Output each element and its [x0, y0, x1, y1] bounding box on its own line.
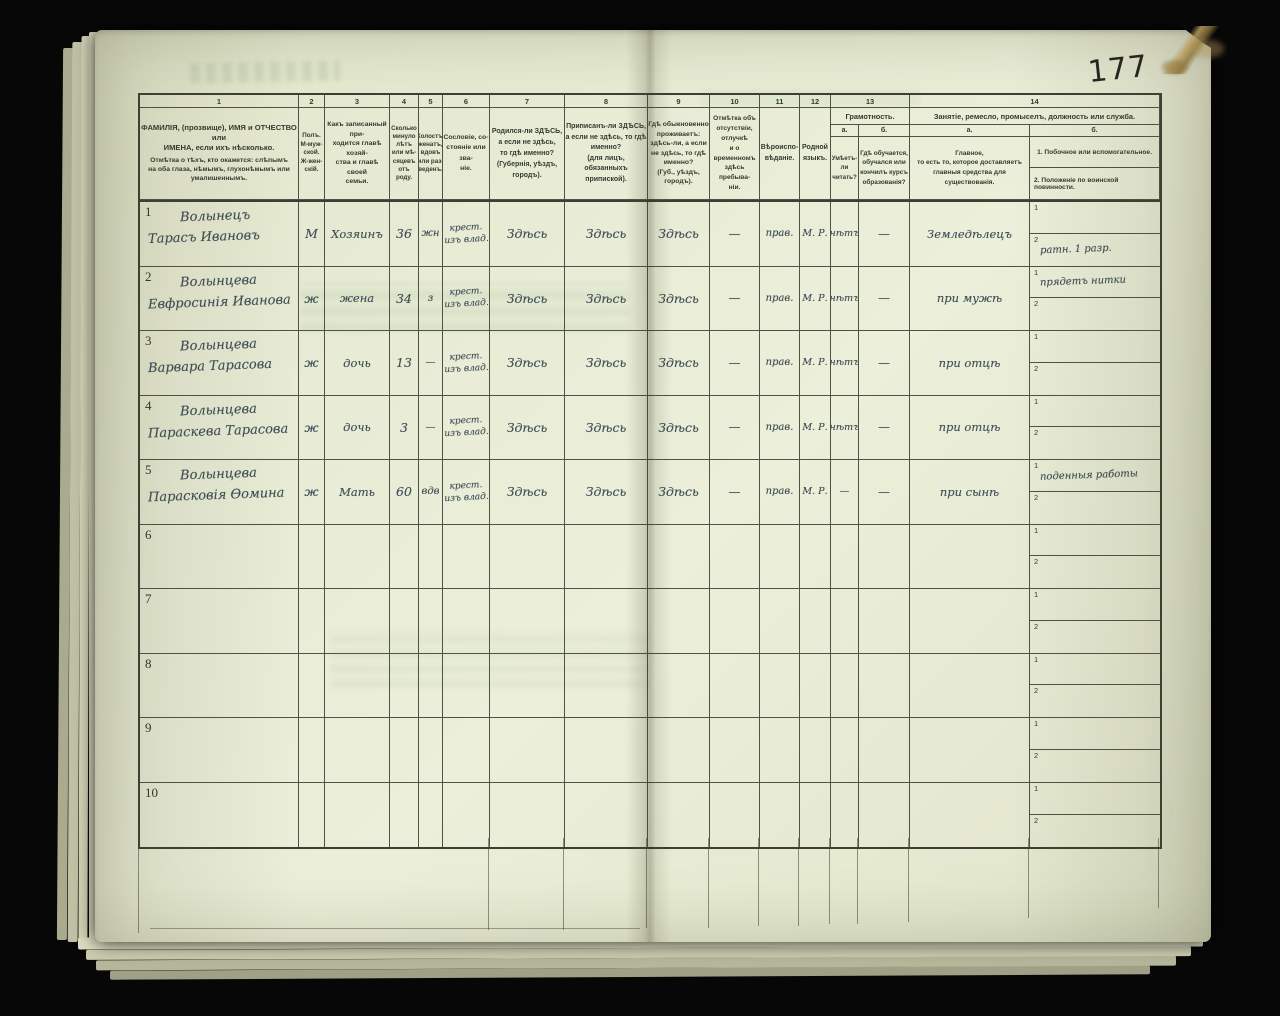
cell-born-here: [490, 525, 565, 590]
cell-religion: [760, 654, 800, 719]
cell-estate: [443, 589, 490, 654]
cell-absence-note: —: [710, 331, 760, 396]
cell-sex: [299, 718, 325, 783]
row-number: 9: [145, 720, 152, 736]
cell-relation: жена: [325, 267, 390, 332]
row-number: 1: [145, 204, 152, 220]
cell-side-occupation: 1 2: [1030, 783, 1160, 848]
hw-born-here: Здѣсь: [507, 226, 548, 241]
table-row: 9 1 2: [140, 718, 1160, 783]
cell-absence-note: —: [710, 267, 760, 332]
cell-main-occupation: [910, 525, 1030, 590]
side-occupation-sub1: 1: [1030, 202, 1160, 234]
grid-line-extension: [708, 838, 709, 928]
header-col-number: 5: [419, 95, 443, 108]
side-occupation-sub1: 1: [1030, 331, 1160, 363]
side-sub1-label: 1: [1034, 332, 1038, 341]
cell-main-occupation: при отцѣ: [910, 396, 1030, 461]
header-cell-age: Сколько минуло лѣтъ или мѣ- сяцевъ отъ р…: [390, 108, 419, 200]
hw-education: —: [878, 227, 890, 241]
header-cell-education: Гдѣ обучается, обучался или кончилъ курс…: [859, 137, 910, 200]
cell-education: [859, 525, 910, 590]
side-occupation-sub1: 1: [1030, 525, 1160, 557]
header-col-number: 2: [299, 95, 325, 108]
hw-marital: вдв: [422, 486, 440, 497]
cell-sex: ж: [299, 396, 325, 461]
hw-religion: прав.: [766, 293, 794, 304]
hw-registered-here: Здѣсь: [586, 291, 627, 306]
cell-reads: [831, 783, 859, 848]
cell-residence: [648, 525, 710, 590]
hw-absence-note: —: [729, 291, 741, 305]
side-occupation-sub1: 1: [1030, 589, 1160, 621]
cell-education: —: [859, 331, 910, 396]
side-occupation-sub2: 2: [1030, 750, 1160, 782]
hw-main-occupation: при мужѣ: [937, 291, 1002, 305]
cell-side-occupation: 1 прядетъ нитки 2: [1030, 267, 1160, 332]
hw-residence: Здѣсь: [658, 226, 699, 241]
side-sub2-label: 2: [1034, 364, 1038, 373]
cell-registered-here: [565, 783, 648, 848]
hw-surname: Волынецъ: [180, 208, 251, 225]
hw-age: 34: [396, 291, 412, 306]
hw-language: М. Р.: [802, 486, 827, 497]
hw-given-name: Тарасъ Ивановъ: [148, 228, 260, 247]
side-sub2-label: 2: [1034, 299, 1038, 308]
cell-main-occupation: Земледѣлецъ: [910, 202, 1030, 267]
hw-education: —: [878, 291, 890, 305]
hw-absence-note: —: [729, 356, 741, 370]
header-col-number: 9: [648, 95, 710, 108]
cell-education: [859, 783, 910, 848]
hw-education: —: [878, 356, 890, 370]
hw-estate: крест. изъ влад.: [443, 478, 489, 505]
side-occupation-sub1: 1: [1030, 718, 1160, 750]
table-row: 8 1 2: [140, 654, 1160, 719]
cell-absence-note: —: [710, 202, 760, 267]
folio-number: 177: [1086, 49, 1150, 90]
row-number: 2: [145, 269, 152, 285]
cell-education: —: [859, 396, 910, 461]
hw-born-here: Здѣсь: [507, 484, 548, 499]
cell-main-occupation: [910, 654, 1030, 719]
hw-religion: прав.: [766, 357, 794, 368]
cell-estate: крест. изъ влад.: [443, 460, 490, 525]
table-row: 2 Волынцева Евфросинія Иванова ж жена 34…: [140, 267, 1160, 332]
hw-residence: Здѣсь: [658, 420, 699, 435]
cell-religion: [760, 783, 800, 848]
side-occupation-sub2: 2 ратн. 1 разр.: [1030, 234, 1160, 266]
cell-born-here: Здѣсь: [490, 267, 565, 332]
hw-sex: ж: [304, 355, 318, 370]
hw-surname: Волынцева: [180, 466, 257, 484]
header-col-number: 6: [443, 95, 490, 108]
cell-relation: Хозяинъ: [325, 202, 390, 267]
cell-absence-note: [710, 589, 760, 654]
cell-registered-here: Здѣсь: [565, 267, 648, 332]
side-sub1-label: 1: [1034, 397, 1038, 406]
hw-surname: Волынцева: [180, 272, 257, 290]
side-sub1-label: 1: [1034, 203, 1038, 212]
hw-age: 36: [396, 226, 412, 241]
hw-language: М. Р.: [802, 228, 827, 239]
cell-reads: нѣтъ: [831, 396, 859, 461]
cell-estate: крест. изъ влад.: [443, 202, 490, 267]
cell-side-occupation: 1 2 ратн. 1 разр.: [1030, 202, 1160, 267]
cell-marital: [419, 589, 443, 654]
cell-relation: [325, 525, 390, 590]
hw-estate: крест. изъ влад.: [443, 414, 489, 441]
cell-relation: дочь: [325, 396, 390, 461]
grid-line-extension: [758, 838, 759, 926]
cell-name: 5 Волынцева Парасковія Ѳомина: [140, 460, 299, 525]
cell-residence: [648, 718, 710, 783]
cell-sex: М: [299, 202, 325, 267]
cell-reads: нѣтъ: [831, 267, 859, 332]
cell-name: 6: [140, 525, 299, 590]
side-occupation-sub1: 1 прядетъ нитки: [1030, 267, 1160, 299]
hw-given-name: Евфросинія Иванова: [148, 292, 291, 312]
side-occupation-sub2: 2: [1030, 621, 1160, 653]
hw-absence-note: —: [729, 420, 741, 434]
cell-born-here: [490, 654, 565, 719]
hw-residence: Здѣсь: [658, 291, 699, 306]
hw-main-occupation: при отцѣ: [939, 356, 1001, 370]
hw-marital: жн: [422, 228, 440, 239]
grid-line-extension: [829, 838, 830, 924]
side-sub1-label: 1: [1034, 268, 1038, 277]
header-col-number: 14: [910, 95, 1160, 108]
hw-religion: прав.: [766, 486, 794, 497]
stain: [1190, 40, 1224, 58]
hw-reads: нѣтъ: [831, 293, 859, 304]
hw-age: 13: [396, 355, 412, 370]
hw-given-name: Парасковія Ѳомина: [148, 486, 285, 506]
cell-reads: [831, 525, 859, 590]
cell-side-occupation: 1 2: [1030, 718, 1160, 783]
cell-absence-note: —: [710, 396, 760, 461]
cell-estate: [443, 525, 490, 590]
cell-absence-note: —: [710, 460, 760, 525]
cell-sex: ж: [299, 331, 325, 396]
cell-reads: [831, 718, 859, 783]
cell-relation: Мать: [325, 460, 390, 525]
header-cell-residence: Гдѣ обыкновенно проживаетъ: здѣсь-ли, а …: [648, 108, 710, 200]
hw-main-occupation: при сынѣ: [940, 485, 999, 499]
cell-estate: [443, 718, 490, 783]
hw-relation: дочь: [343, 420, 371, 434]
cell-marital: [419, 525, 443, 590]
row-number: 7: [145, 591, 152, 607]
cell-education: —: [859, 267, 910, 332]
cell-age: 13: [390, 331, 419, 396]
cell-religion: прав.: [760, 202, 800, 267]
grid-line-extension: [857, 838, 858, 924]
cell-residence: [648, 783, 710, 848]
row-number: 4: [145, 398, 152, 414]
cell-religion: прав.: [760, 267, 800, 332]
hw-registered-here: Здѣсь: [586, 355, 627, 370]
side-sub2-label: 2: [1034, 622, 1038, 631]
cell-marital: [419, 783, 443, 848]
side-sub2-label: 2: [1034, 428, 1038, 437]
grid-line-extension: [798, 838, 799, 926]
cell-marital: —: [419, 396, 443, 461]
hw-religion: прав.: [766, 422, 794, 433]
cell-born-here: [490, 589, 565, 654]
cell-residence: [648, 654, 710, 719]
cell-main-occupation: [910, 589, 1030, 654]
hw-language: М. Р.: [802, 357, 827, 368]
header-occupation-title: Занятіе, ремесло, промыселъ, должность и…: [910, 108, 1160, 125]
census-table: 1 2 3 4 5 6 7 8 9 10 11 12 13 14 ФАМИЛІЯ…: [138, 93, 1162, 849]
cell-side-occupation: 1 2: [1030, 525, 1160, 590]
cell-side-occupation: 1 2: [1030, 331, 1160, 396]
cell-relation: [325, 589, 390, 654]
hw-estate: крест. изъ влад.: [443, 220, 489, 247]
cell-estate: [443, 654, 490, 719]
side-occupation-sub2: 2: [1030, 298, 1160, 330]
cell-name: 7: [140, 589, 299, 654]
hw-residence: Здѣсь: [658, 355, 699, 370]
cell-religion: [760, 525, 800, 590]
side-sub2-label: 2: [1034, 493, 1038, 502]
hw-marital: —: [426, 422, 436, 433]
cell-born-here: [490, 783, 565, 848]
side-sub1-label: 1: [1034, 590, 1038, 599]
side-occupation-sub2: 2: [1030, 815, 1160, 847]
cell-language: [800, 783, 831, 848]
grid-line-extension: [1158, 838, 1159, 908]
cell-religion: прав.: [760, 396, 800, 461]
table-row: 6 1 2: [140, 525, 1160, 590]
header-cell-language: Родной языкъ.: [800, 108, 831, 200]
hw-given-name: Варвара Тарасова: [148, 357, 273, 376]
header-cell-relation: Какъ записанный при- ходится главѣ хозяй…: [325, 108, 390, 200]
grid-line-extension: [646, 838, 647, 928]
cell-reads: нѣтъ: [831, 331, 859, 396]
cell-marital: жн: [419, 202, 443, 267]
cell-side-occupation: 1 2: [1030, 396, 1160, 461]
cell-religion: прав.: [760, 331, 800, 396]
grid-line-extension: [908, 838, 909, 922]
cell-main-occupation: при отцѣ: [910, 331, 1030, 396]
header-col-number: 11: [760, 95, 800, 108]
cell-absence-note: [710, 718, 760, 783]
grid-line-extension: [150, 928, 640, 929]
cell-age: [390, 589, 419, 654]
scanned-census-page: 1 2 3 4 5 6 7 8 9 10 11 12 13 14 ФАМИЛІЯ…: [0, 0, 1280, 1016]
side-occupation-sub2: 2: [1030, 427, 1160, 459]
cell-reads: нѣтъ: [831, 202, 859, 267]
cell-religion: прав.: [760, 460, 800, 525]
table-row: 7 1 2: [140, 589, 1160, 654]
hw-reads: нѣтъ: [831, 357, 859, 368]
hw-sex: ж: [304, 420, 318, 435]
hw-reads: нѣтъ: [831, 228, 859, 239]
header-col-number: 7: [490, 95, 565, 108]
header-col-number: 1: [140, 95, 299, 108]
cell-registered-here: [565, 654, 648, 719]
cell-language: М. Р.: [800, 460, 831, 525]
cell-registered-here: Здѣсь: [565, 396, 648, 461]
cell-sex: [299, 589, 325, 654]
cell-relation: дочь: [325, 331, 390, 396]
hw-reads: нѣтъ: [831, 422, 859, 433]
cell-language: М. Р.: [800, 267, 831, 332]
side-occupation-sub1: 1: [1030, 396, 1160, 428]
cell-age: [390, 525, 419, 590]
table-row: 3 Волынцева Варвара Тарасова ж дочь 13 —…: [140, 331, 1160, 396]
header-occupation-sub-a: а.: [910, 125, 1030, 137]
cell-language: М. Р.: [800, 331, 831, 396]
header-cell-name: ФАМИЛІЯ, (прозвище), ИМЯ и ОТЧЕСТВО или …: [140, 108, 299, 200]
side-sub1-label: 1: [1034, 655, 1038, 664]
cell-marital: —: [419, 331, 443, 396]
table-row: 4 Волынцева Параскева Тарасова ж дочь 3 …: [140, 396, 1160, 461]
side-sub2-label: 2: [1034, 235, 1038, 244]
cell-name: 1 Волынецъ Тарасъ Ивановъ: [140, 202, 299, 267]
hw-residence: Здѣсь: [658, 484, 699, 499]
side-sub2-label: 2: [1034, 816, 1038, 825]
hw-absence-note: —: [729, 485, 741, 499]
hw-estate: крест. изъ влад.: [443, 349, 489, 376]
hw-sex: М: [305, 226, 318, 241]
cell-age: 36: [390, 202, 419, 267]
cell-language: [800, 718, 831, 783]
cell-marital: вдв: [419, 460, 443, 525]
cell-absence-note: [710, 525, 760, 590]
row-number: 8: [145, 656, 152, 672]
cell-sex: ж: [299, 267, 325, 332]
cell-side-occupation: 1 поденныя работы 2: [1030, 460, 1160, 525]
cell-estate: крест. изъ влад.: [443, 396, 490, 461]
grid-line-extension: [563, 838, 564, 930]
cell-education: —: [859, 460, 910, 525]
cell-name: 3 Волынцева Варвара Тарасова: [140, 331, 299, 396]
hw-born-here: Здѣсь: [507, 420, 548, 435]
hw-given-name: Параскева Тарасова: [148, 421, 289, 441]
hw-registered-here: Здѣсь: [586, 420, 627, 435]
cell-relation: [325, 654, 390, 719]
side-occupation-sub2: 2: [1030, 363, 1160, 395]
hw-side-occupation: поденныя работы: [1040, 468, 1138, 482]
cell-residence: Здѣсь: [648, 267, 710, 332]
cell-language: [800, 525, 831, 590]
cell-education: [859, 589, 910, 654]
header-literacy-sub-a: а.: [831, 125, 859, 137]
grid-line-extension: [138, 838, 139, 933]
cell-age: 34: [390, 267, 419, 332]
cell-residence: Здѣсь: [648, 331, 710, 396]
cell-sex: [299, 783, 325, 848]
cell-language: [800, 654, 831, 719]
header-col-number: 4: [390, 95, 419, 108]
cell-absence-note: [710, 654, 760, 719]
cell-registered-here: [565, 589, 648, 654]
hw-military-status: ратн. 1 разр.: [1040, 243, 1112, 256]
cell-name: 2 Волынцева Евфросинія Иванова: [140, 267, 299, 332]
hw-surname: Волынцева: [180, 401, 257, 419]
cell-name: 4 Волынцева Параскева Тарасова: [140, 396, 299, 461]
header-literacy-title: Грамотность.: [831, 108, 910, 125]
cell-marital: [419, 718, 443, 783]
cell-marital: [419, 654, 443, 719]
hw-sex: ж: [304, 484, 318, 499]
cell-age: 3: [390, 396, 419, 461]
header-cell-sex: Полъ. М-муж- ской. Ж-жен- скій.: [299, 108, 325, 200]
cell-relation: [325, 718, 390, 783]
header-col-number: 8: [565, 95, 648, 108]
side-occupation-sub1: 1: [1030, 654, 1160, 686]
cell-reads: [831, 654, 859, 719]
row-number: 10: [145, 785, 158, 801]
hw-relation: Мать: [339, 485, 375, 499]
cell-name: 9: [140, 718, 299, 783]
side-occupation-sub2: 2: [1030, 685, 1160, 717]
cell-reads: —: [831, 460, 859, 525]
table-row: 10 1 2: [140, 783, 1160, 848]
cell-registered-here: Здѣсь: [565, 460, 648, 525]
header-cell-born: Родился-ли ЗДѢСЬ, а если не здѣсь, то гд…: [490, 108, 565, 200]
hw-marital: з: [428, 293, 433, 304]
cell-age: [390, 654, 419, 719]
hw-language: М. Р.: [802, 422, 827, 433]
side-sub1-label: 1: [1034, 784, 1038, 793]
side-sub1-label: 1: [1034, 461, 1038, 470]
cell-education: —: [859, 202, 910, 267]
header-cell-marital: Холостъ, женатъ, вдовъ или раз- веденъ.: [419, 108, 443, 200]
header-cell-side-occupation: 1. Побочное или вспомогательное.: [1030, 137, 1160, 168]
header-name-title: ФАМИЛІЯ, (прозвище), ИМЯ и ОТЧЕСТВО или …: [140, 123, 298, 153]
cell-language: М. Р.: [800, 396, 831, 461]
header-col-number: 13: [831, 95, 910, 108]
stain: [1162, 60, 1188, 74]
header-name-note: Отмѣтка о тѣхъ, кто окажется: слѣпымъ на…: [148, 157, 290, 183]
cell-education: [859, 654, 910, 719]
cell-religion: [760, 718, 800, 783]
cell-main-occupation: при мужѣ: [910, 267, 1030, 332]
cell-marital: з: [419, 267, 443, 332]
header-cell-registered: Приписанъ-ли ЗДѢСЬ, а если не здѣсь, то …: [565, 108, 648, 200]
hw-side-occupation: прядетъ нитки: [1040, 275, 1126, 289]
cell-reads: [831, 589, 859, 654]
cell-age: [390, 783, 419, 848]
table-row: 1 Волынецъ Тарасъ Ивановъ М Хозяинъ 36 ж…: [140, 202, 1160, 267]
cell-language: [800, 589, 831, 654]
row-number: 3: [145, 333, 152, 349]
cell-estate: крест. изъ влад.: [443, 331, 490, 396]
cell-residence: Здѣсь: [648, 396, 710, 461]
cell-registered-here: [565, 718, 648, 783]
side-sub1-label: 1: [1034, 719, 1038, 728]
cell-registered-here: Здѣсь: [565, 331, 648, 396]
hw-born-here: Здѣсь: [507, 355, 548, 370]
header-cell-military-status: 2. Положеніе по воинской повинности.: [1030, 168, 1160, 200]
cell-religion: [760, 589, 800, 654]
hw-main-occupation: при отцѣ: [939, 420, 1001, 434]
header-cell-reads: Умѣетъ- ли читать?: [831, 137, 859, 200]
hw-absence-note: —: [729, 227, 741, 241]
cell-born-here: Здѣсь: [490, 396, 565, 461]
cell-name: 8: [140, 654, 299, 719]
cell-estate: крест. изъ влад.: [443, 267, 490, 332]
header-literacy-sub-b: б.: [859, 125, 910, 137]
cell-language: М. Р.: [800, 202, 831, 267]
hw-relation: дочь: [343, 356, 371, 370]
header-col-number: 10: [710, 95, 760, 108]
header-cell-absence: Отмѣтка объ отсутствіи, отлучкѣ и о врем…: [710, 108, 760, 200]
